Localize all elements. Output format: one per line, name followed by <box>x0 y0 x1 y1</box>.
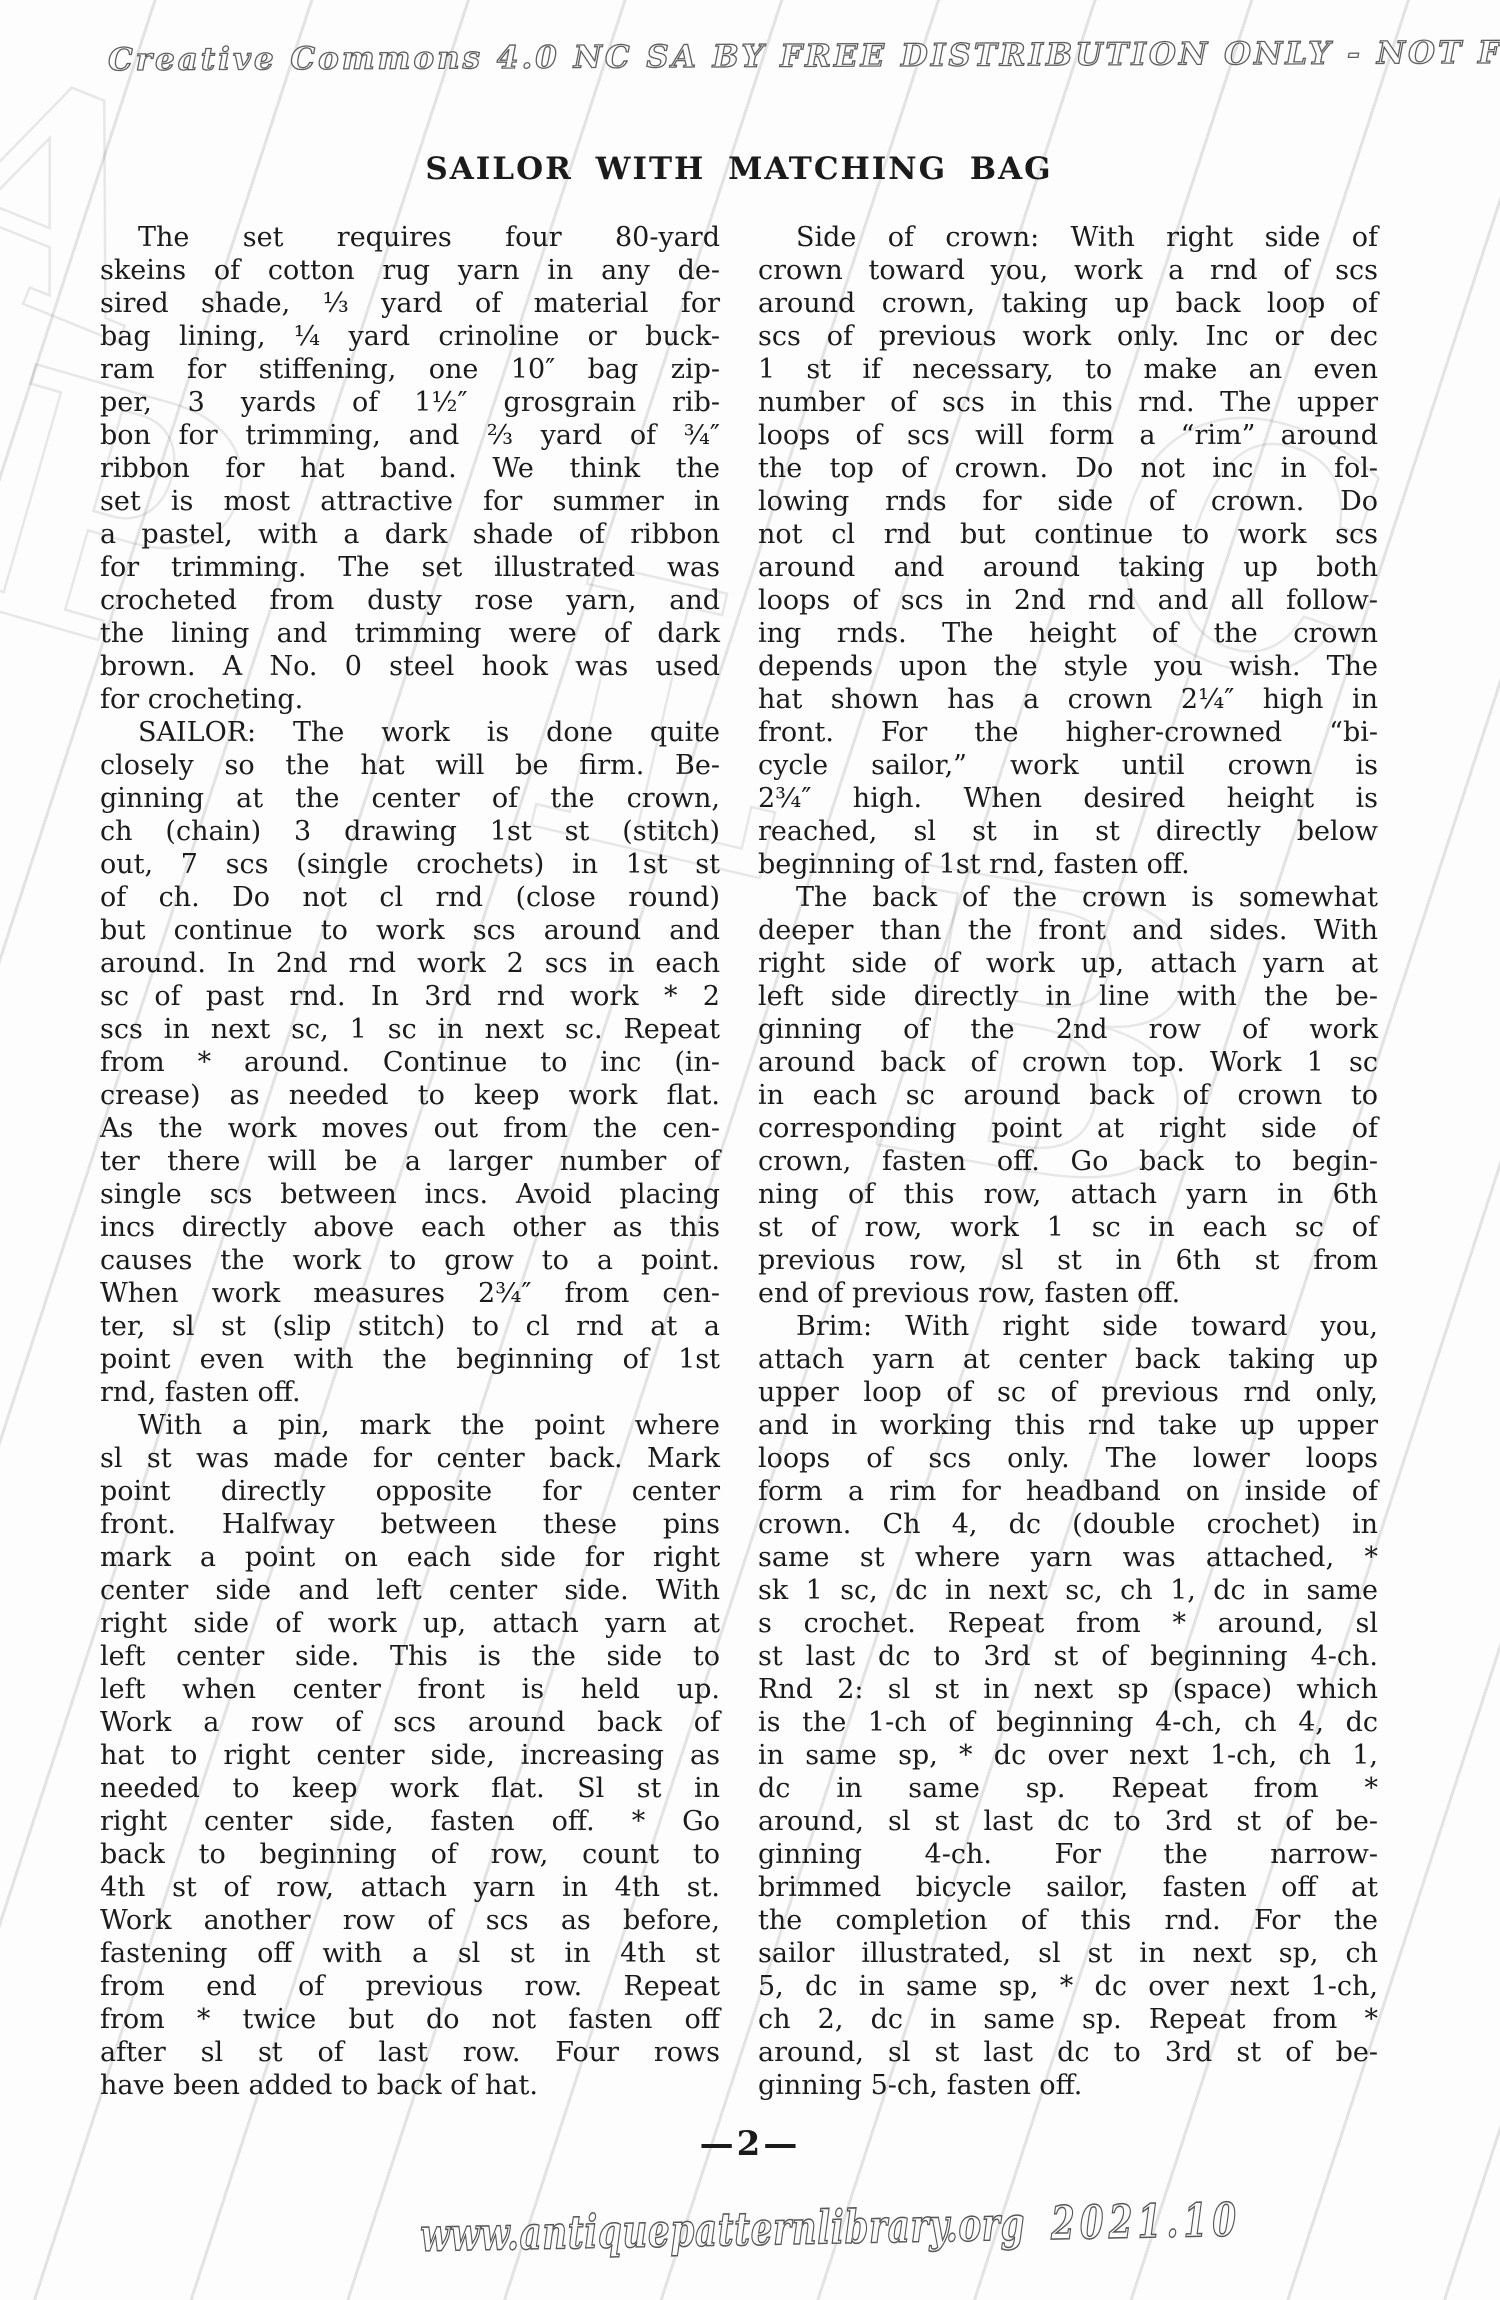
text-line: left center side. This is the side to <box>100 1640 720 1673</box>
text-line: from * twice but do not fasten off <box>100 2003 720 2036</box>
page-title: SAILOR WITH MATCHING BAG <box>100 151 1378 187</box>
text-line: deeper than the front and sides. With <box>758 914 1378 947</box>
text-line: after sl st of last row. Four rows <box>100 2036 720 2069</box>
text-line: fastening off with a sl st in 4th st <box>100 1937 720 1970</box>
text-line: cycle sailor,” work until crown is <box>758 749 1378 782</box>
text-line: s crochet. Repeat from * around, sl <box>758 1607 1378 1640</box>
text-line: closely so the hat will be firm. Be- <box>100 749 720 782</box>
text-line: causes the work to grow to a point. <box>100 1244 720 1277</box>
text-line: sailor illustrated, sl st in next sp, ch <box>758 1937 1378 1970</box>
text-line: back to beginning of row, count to <box>100 1838 720 1871</box>
text-line: right side of work up, attach yarn at <box>100 1607 720 1640</box>
text-line: of ch. Do not cl rnd (close round) <box>100 881 720 914</box>
paragraph: Side of crown: With right side ofcrown t… <box>758 221 1378 881</box>
footer-site-url: www.antiquepatternlibrary.org <box>420 2197 1025 2262</box>
text-line: ginning at the center of the crown, <box>100 782 720 815</box>
text-line: loops of scs only. The lower loops <box>758 1442 1378 1475</box>
left-text-column: The set requires four 80-yardskeins of c… <box>100 221 720 2102</box>
text-line: st of row, work 1 sc in each sc of <box>758 1211 1378 1244</box>
text-line: form a rim for headband on inside of <box>758 1475 1378 1508</box>
text-line: corresponding point at right side of <box>758 1112 1378 1145</box>
text-line: Brim: With right side toward you, <box>758 1310 1378 1343</box>
text-line: depends upon the style you wish. The <box>758 650 1378 683</box>
text-line: st last dc to 3rd st of beginning 4-ch. <box>758 1640 1378 1673</box>
text-line: crown. Ch 4, dc (double crochet) in <box>758 1508 1378 1541</box>
text-line: incs directly above each other as this <box>100 1211 720 1244</box>
text-line: around crown, taking up back loop of <box>758 287 1378 320</box>
text-line: crease) as needed to keep work flat. <box>100 1079 720 1112</box>
text-line: from end of previous row. Repeat <box>100 1970 720 2003</box>
text-line: in same sp, * dc over next 1-ch, ch 1, <box>758 1739 1378 1772</box>
paragraph: The back of the crown is somewhatdeeper … <box>758 881 1378 1310</box>
text-line: ginning 5-ch, fasten off. <box>758 2069 1378 2102</box>
text-line: a pastel, with a dark shade of ribbon <box>100 518 720 551</box>
text-line: reached, sl st in st directly below <box>758 815 1378 848</box>
text-line: ribbon for hat band. We think the <box>100 452 720 485</box>
text-line: Work another row of scs as before, <box>100 1904 720 1937</box>
text-line: the lining and trimming were of dark <box>100 617 720 650</box>
text-line: brown. A No. 0 steel hook was used <box>100 650 720 683</box>
text-line: bon for trimming, and ⅔ yard of ¾″ <box>100 419 720 452</box>
text-line: crocheted from dusty rose yarn, and <box>100 584 720 617</box>
text-line: Side of crown: With right side of <box>758 221 1378 254</box>
creative-commons-watermark: Creative Commons 4.0 NC SA BY FREE DISTR… <box>108 34 1500 78</box>
text-line: 2¾″ high. When desired height is <box>758 782 1378 815</box>
text-line: end of previous row, fasten off. <box>758 1277 1378 1310</box>
text-line: attach yarn at center back taking up <box>758 1343 1378 1376</box>
text-line: out, 7 scs (single crochets) in 1st st <box>100 848 720 881</box>
text-line: scs of previous work only. Inc or dec <box>758 320 1378 353</box>
text-line: dc in same sp. Repeat from * <box>758 1772 1378 1805</box>
text-line: around, sl st last dc to 3rd st of be- <box>758 1805 1378 1838</box>
text-line: front. Halfway between these pins <box>100 1508 720 1541</box>
text-line: needed to keep work flat. Sl st in <box>100 1772 720 1805</box>
text-line: skeins of cotton rug yarn in any de- <box>100 254 720 287</box>
text-line: SAILOR: The work is done quite <box>100 716 720 749</box>
text-line: lowing rnds for side of crown. Do <box>758 485 1378 518</box>
text-line: per, 3 yards of 1½″ grosgrain rib- <box>100 386 720 419</box>
paragraph: The set requires four 80-yardskeins of c… <box>100 221 720 716</box>
text-line: Work a row of scs around back of <box>100 1706 720 1739</box>
text-line: mark a point on each side for right <box>100 1541 720 1574</box>
text-line: ch (chain) 3 drawing 1st st (stitch) <box>100 815 720 848</box>
text-line: from * around. Continue to inc (in- <box>100 1046 720 1079</box>
right-text-column: Side of crown: With right side ofcrown t… <box>758 221 1378 2102</box>
text-line: number of scs in this rnd. The upper <box>758 386 1378 419</box>
text-line: right center side, fasten off. * Go <box>100 1805 720 1838</box>
text-line: Rnd 2: sl st in next sp (space) which <box>758 1673 1378 1706</box>
text-line: The set requires four 80-yard <box>100 221 720 254</box>
text-line: is the 1-ch of beginning 4-ch, ch 4, dc <box>758 1706 1378 1739</box>
text-line: ning of this row, attach yarn in 6th <box>758 1178 1378 1211</box>
text-line: 4th st of row, attach yarn in 4th st. <box>100 1871 720 1904</box>
text-line: ch 2, dc in same sp. Repeat from * <box>758 2003 1378 2036</box>
text-line: loops of scs will form a “rim” around <box>758 419 1378 452</box>
text-line: around and around taking up both <box>758 551 1378 584</box>
text-line: the top of crown. Do not inc in fol- <box>758 452 1378 485</box>
text-line: loops of scs in 2nd rnd and all follow- <box>758 584 1378 617</box>
text-line: ginning of the 2nd row of work <box>758 1013 1378 1046</box>
text-line: set is most attractive for summer in <box>100 485 720 518</box>
text-line: left side directly in line with the be- <box>758 980 1378 1013</box>
text-line: beginning of 1st rnd, fasten off. <box>758 848 1378 881</box>
text-line: 1 st if necessary, to make an even <box>758 353 1378 386</box>
text-line: The back of the crown is somewhat <box>758 881 1378 914</box>
text-line: previous row, sl st in 6th st from <box>758 1244 1378 1277</box>
footer-watermark: www.antiquepatternlibrary.org 2021.10 <box>420 2193 1241 2262</box>
text-line: crown toward you, work a rnd of scs <box>758 254 1378 287</box>
text-line: but continue to work scs around and <box>100 914 720 947</box>
text-line: ginning 4-ch. For the narrow- <box>758 1838 1378 1871</box>
text-line: sk 1 sc, dc in next sc, ch 1, dc in same <box>758 1574 1378 1607</box>
text-line: have been added to back of hat. <box>100 2069 720 2102</box>
text-line: With a pin, mark the point where <box>100 1409 720 1442</box>
paragraph: Brim: With right side toward you,attach … <box>758 1310 1378 2102</box>
text-line: and in working this rnd take up upper <box>758 1409 1378 1442</box>
text-line: brimmed bicycle sailor, fasten off at <box>758 1871 1378 1904</box>
text-line: same st where yarn was attached, * <box>758 1541 1378 1574</box>
text-line: rnd, fasten off. <box>100 1376 720 1409</box>
text-line: for crocheting. <box>100 683 720 716</box>
text-line: around, sl st last dc to 3rd st of be- <box>758 2036 1378 2069</box>
text-line: crown, fasten off. Go back to begin- <box>758 1145 1378 1178</box>
text-line: hat to right center side, increasing as <box>100 1739 720 1772</box>
paragraph: With a pin, mark the point wheresl st wa… <box>100 1409 720 2102</box>
text-line: sired shade, ⅓ yard of material for <box>100 287 720 320</box>
text-line: the completion of this rnd. For the <box>758 1904 1378 1937</box>
text-line: sl st was made for center back. Mark <box>100 1442 720 1475</box>
text-line: upper loop of sc of previous rnd only, <box>758 1376 1378 1409</box>
text-line: scs in next sc, 1 sc in next sc. Repeat <box>100 1013 720 1046</box>
text-line: bag lining, ¼ yard crinoline or buck- <box>100 320 720 353</box>
text-line: point directly opposite for center <box>100 1475 720 1508</box>
text-line: around. In 2nd rnd work 2 scs in each <box>100 947 720 980</box>
text-line: front. For the higher-crowned “bi- <box>758 716 1378 749</box>
text-line: hat shown has a crown 2¼″ high in <box>758 683 1378 716</box>
footer-edition-number: 2021.10 <box>1051 2193 1242 2251</box>
text-line: 5, dc in same sp, * dc over next 1-ch, <box>758 1970 1378 2003</box>
text-line: ter there will be a larger number of <box>100 1145 720 1178</box>
text-line: for trimming. The set illustrated was <box>100 551 720 584</box>
text-line: not cl rnd but continue to work scs <box>758 518 1378 551</box>
text-line: around back of crown top. Work 1 sc <box>758 1046 1378 1079</box>
paragraph: SAILOR: The work is done quiteclosely so… <box>100 716 720 1409</box>
text-line: center side and left center side. With <box>100 1574 720 1607</box>
text-line: When work measures 2¾″ from cen- <box>100 1277 720 1310</box>
text-line: As the work moves out from the cen- <box>100 1112 720 1145</box>
text-line: sc of past rnd. In 3rd rnd work * 2 <box>100 980 720 1013</box>
text-line: in each sc around back of crown to <box>758 1079 1378 1112</box>
text-line: left when center front is held up. <box>100 1673 720 1706</box>
text-line: ing rnds. The height of the crown <box>758 617 1378 650</box>
text-line: point even with the beginning of 1st <box>100 1343 720 1376</box>
page-number: —2— <box>0 2124 1500 2164</box>
text-line: right side of work up, attach yarn at <box>758 947 1378 980</box>
text-line: single scs between incs. Avoid placing <box>100 1178 720 1211</box>
text-line: ram for stiffening, one 10″ bag zip- <box>100 353 720 386</box>
text-line: ter, sl st (slip stitch) to cl rnd at a <box>100 1310 720 1343</box>
